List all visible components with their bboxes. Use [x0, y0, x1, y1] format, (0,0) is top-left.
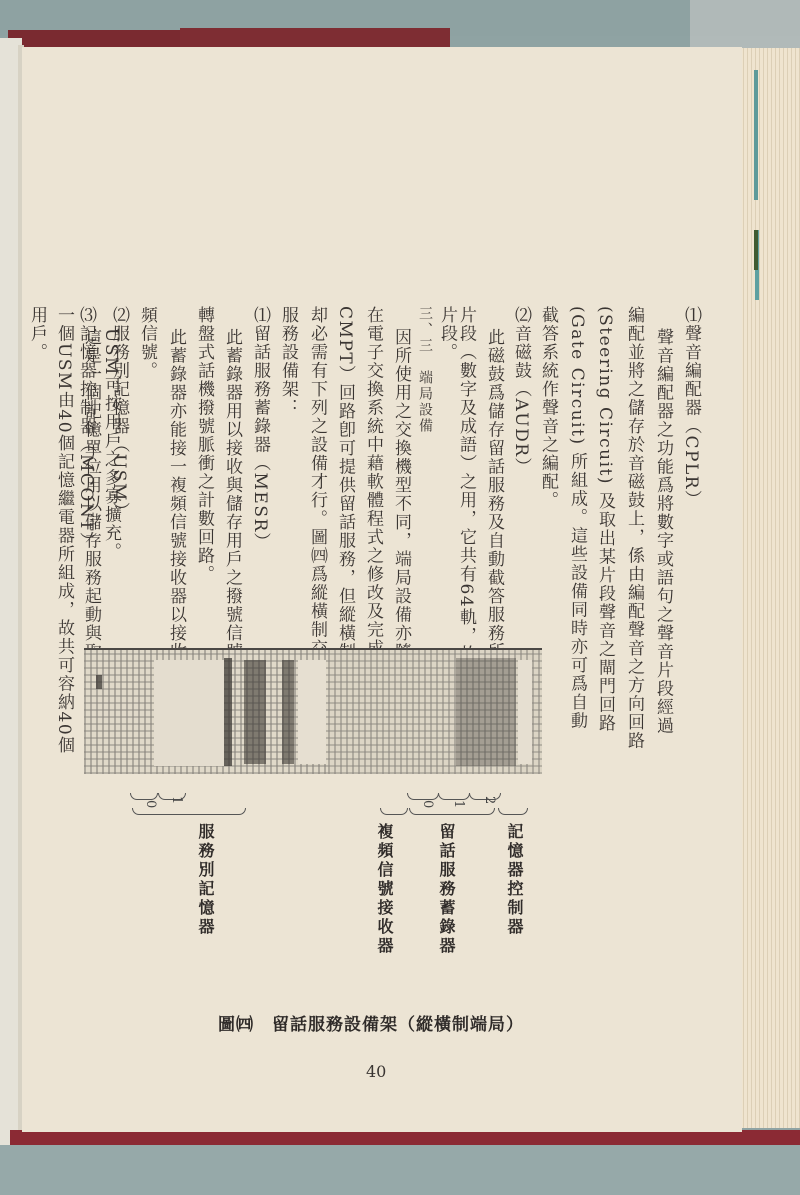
bracket — [132, 808, 246, 815]
label-memory-controller: 記憶器控制器 — [505, 823, 523, 937]
text-column: 片段。 — [436, 306, 458, 362]
text-column: 服務設備架： — [277, 306, 299, 417]
text-column: 頻信號。 — [136, 306, 158, 380]
bracket — [130, 793, 158, 800]
audr-heading: ⑵音磁鼓（AUDR） — [510, 306, 532, 476]
book-cover-top-edge — [180, 28, 450, 48]
rack-number: 0 — [143, 800, 158, 808]
background-bottom — [0, 1145, 800, 1195]
page-fore-edge — [740, 48, 800, 1128]
rack-number: 1 — [169, 796, 184, 804]
bracket — [498, 808, 528, 815]
text-column: USM可按用戶之多寡擴充。 — [100, 328, 122, 561]
rack-number: 2 — [482, 796, 497, 804]
text-column: 截答系統作聲音之編配。 — [537, 306, 559, 510]
mcont-heading: ⑶記憶器控制器（MCONT） — [75, 306, 97, 551]
text-column: 轉盤式話機撥號脈衝之計數回路。 — [193, 306, 215, 584]
book-page: ⑴聲音編配器（CPLR） 聲音編配器之功能爲將數字或語句之聲音片段經過 編配並將… — [22, 47, 742, 1132]
index-tab — [754, 70, 758, 200]
label-message-register: 留話服務蓄錄器 — [437, 823, 455, 956]
rack-number: 1 — [451, 800, 466, 808]
text-column: (Gate Circuit) 所組成。這些設備同時亦可爲自動 — [566, 306, 588, 730]
bracket — [380, 808, 408, 815]
figure-caption: 圖㈣ 留話服務設備架（縱橫制端局） — [218, 1010, 524, 1035]
glass-reflection — [690, 0, 800, 48]
cplr-heading: ⑴聲音編配器（CPLR） — [680, 306, 702, 509]
mesr-heading: ⑴留話服務蓄錄器（MESR） — [249, 306, 271, 551]
bracket — [407, 793, 439, 800]
index-tab — [754, 230, 758, 270]
bracket — [409, 808, 495, 815]
page-number: 40 — [366, 1062, 386, 1081]
text-column: 編配並將之儲存於音磁鼓上，係由編配聲音之方向回路 — [623, 306, 645, 750]
text-column: 聲音編配器之功能爲將數字或語句之聲音片段經過 — [652, 328, 674, 735]
label-service-memory: 服務別記憶器 — [196, 823, 214, 937]
bracket — [438, 793, 470, 800]
text-column: 用戶。 — [26, 306, 48, 362]
rack-number: 0 — [420, 800, 435, 808]
text-column: 一個USM由40個記憶繼電器所組成，故共可容納40個 — [53, 306, 75, 755]
section-heading: 三、三 端局設備 — [414, 306, 436, 434]
equipment-photo-right — [328, 648, 542, 774]
text-column: (Steering Circuit) 及取出某片段聲音之閘門回路 — [594, 306, 616, 732]
label-mf-receiver: 複頻信號接收器 — [375, 823, 393, 956]
